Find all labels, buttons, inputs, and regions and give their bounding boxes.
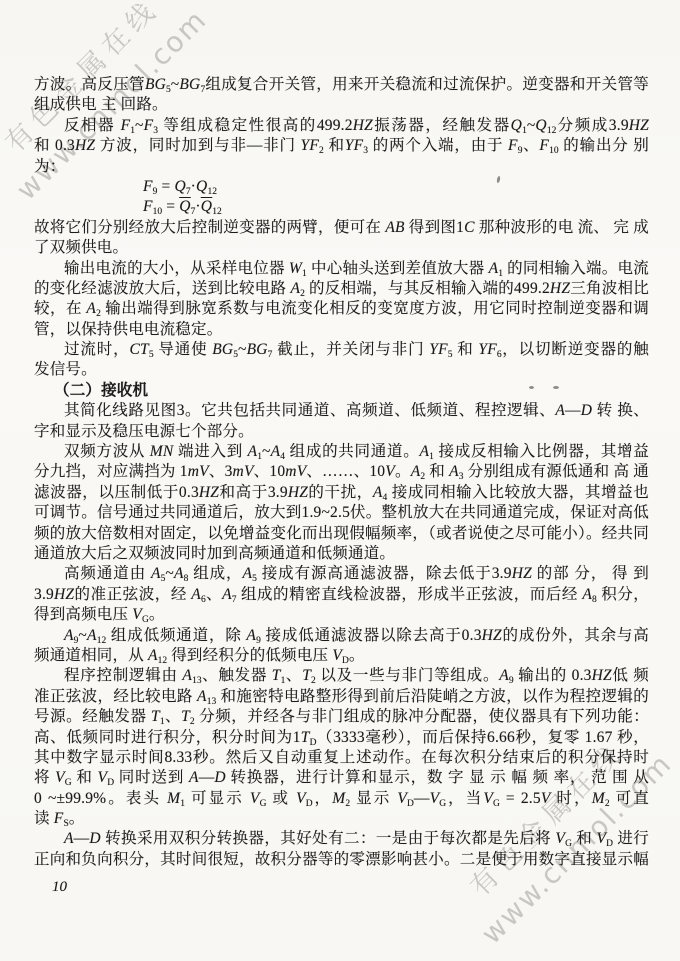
text-line-34: 其中数字显示时间8.33秒。然后又自动重复上述动作。在每次积分结束后的积分保持时…	[34, 748, 649, 768]
text-line-39: 正向和负向积分，其时间很短，故积分器等的零漂影响甚小。二是便于用数字直接显示幅频	[34, 850, 649, 870]
text-line-33: 高、低频同时进行积分，积分时间为1TD（3333毫秒），而后保持6.66秒，复零…	[34, 728, 649, 748]
text-line-20: 分九挡，对应满挡为 1mV、3mV、10mV、……、10V。A2 和 A3 分别…	[34, 462, 649, 482]
text-line-31: 准正弦波，经比较电路 A13 和施密特电路整形得到前后沿陡峭之方波，以作为程控逻…	[34, 687, 649, 707]
text-line-23: 频的放大倍数相对固定，以免增益变化而出现假幅频率，（或者说使之尽可能小）。经共同	[34, 524, 649, 544]
text-line-4: 和 0.3HZ 方波，同时加到与非—非门 YF2 和YF3 的两个入端，由于 F…	[34, 136, 649, 156]
text-line-3: 反相器 F1~F3 等组成稳定性很高的499.2HZ振荡器，经触发器Q1~Q12…	[34, 116, 649, 136]
text-line-1: 方波。高反压管BG5~BG7组成复合开关管，用来开关稳流和过流保护。逆变器和开关…	[34, 75, 649, 95]
text-line-14: 过流时，CT5 导通使 BG5~BG7 截止，并关闭与非门 YF5 和 YF6，…	[34, 340, 649, 360]
text-line-19: 双频方波从 MN 端进入到 A1~A4 组成的共同通道。A1 接成反相输入比例器…	[34, 442, 649, 462]
text-line-21: 滤波器，以压制低于0.3HZ和高于3.9HZ的干扰，A4 接成同相输入比较放大器…	[34, 483, 649, 503]
text-line-9: 了双频供电。	[34, 238, 649, 258]
text-line-17: 其简化线路见图3。它共包括共同通道、高频道、低频道、程控逻辑、A—D 转 换、数	[34, 401, 649, 421]
text-line-13: 管，以保持供电电流稳定。	[34, 320, 649, 340]
text-line-36: 0 ~±99.9%。表头 M1 可显示 VG 或 VD，M2 显示 VD—VG，…	[34, 789, 649, 809]
text-line-5: 为：	[34, 157, 649, 177]
text-line-26: 3.9HZ的准正弦波，经 A6、A7 组成的精密直线检波器，形成半正弦波，而后经…	[34, 585, 649, 605]
text-line-2: 组成供电 主 回路。	[34, 95, 649, 115]
text-line-25: 高频通道由 A5~A8 组成，A5 接成有源高通滤波器，除去低于3.9HZ 的部…	[34, 564, 649, 584]
text-line-10: 输出电流的大小，从采样电位器 W1 中心轴头送到差值放大器 A1 的同相输入端。…	[34, 259, 649, 279]
text-line-27: 得到高频电压 VG。	[34, 605, 649, 625]
text-line-24: 通道放大后之双频波同时加到高频通道和低频通道。	[34, 544, 649, 564]
text-line-12: 较，在 A2 输出端得到脉宽系数与电流变化相反的变宽度方波，用它同时控制逆变器和…	[34, 299, 649, 319]
text-line-37: 读 FS。	[34, 809, 649, 829]
text-line-15: 发信号。	[34, 360, 649, 380]
scanned-document-page: 有色金属在线 www.cnmol.com 有色金属在线 www.cnmol.co…	[0, 0, 680, 961]
text-line-28: A9~A12 组成低频通道，除 A9 接成低通滤波器以除去高于0.3HZ的成份外…	[34, 626, 649, 646]
text-line-22: 可调节。信号通过共同通道后，放大到1.9~2.5伏。整机放大在共同通道完成，保证…	[34, 503, 649, 523]
section-heading: （二）接收机	[34, 381, 649, 401]
page-number: 10	[52, 879, 67, 896]
text-line-35: 将 VG 和 VD 同时送到 A—D 转换器，进行计算和显示，数 字 显 示 幅…	[34, 768, 649, 788]
text-line-32: 号源。经触发器 T1、T2 分频，并经各与非门组成的脉冲分配器，使仪器具有下列功…	[34, 707, 649, 727]
text-line-6: F9 = Q7·Q12	[34, 177, 649, 197]
text-line-18: 字和显示及稳压电源七个部分。	[34, 422, 649, 442]
text-line-11: 的变化经滤波放大后，送到比较电路 A2 的反相端，与其反相输入端的499.2HZ…	[34, 279, 649, 299]
page-text: 方波。高反压管BG5~BG7组成复合开关管，用来开关稳流和过流保护。逆变器和开关…	[34, 75, 649, 870]
text-line-8: 故将它们分别经放大后控制逆变器的两臂，便可在 AB 得到图1C 那种波形的电 流…	[34, 218, 649, 238]
text-line-30: 程序控制逻辑由 A13、触发器 T1、T2 以及一些与非门等组成。A9 输出的 …	[34, 666, 649, 686]
text-line-29: 频通道相同，从 A12 得到经积分的低频电压 VD。	[34, 646, 649, 666]
text-line-7: F10 = Q7·Q12	[34, 197, 649, 217]
text-line-38: A—D 转换采用双积分转换器，其好处有二：一是由于每次都是先后将 VG 和 VD…	[34, 829, 649, 849]
